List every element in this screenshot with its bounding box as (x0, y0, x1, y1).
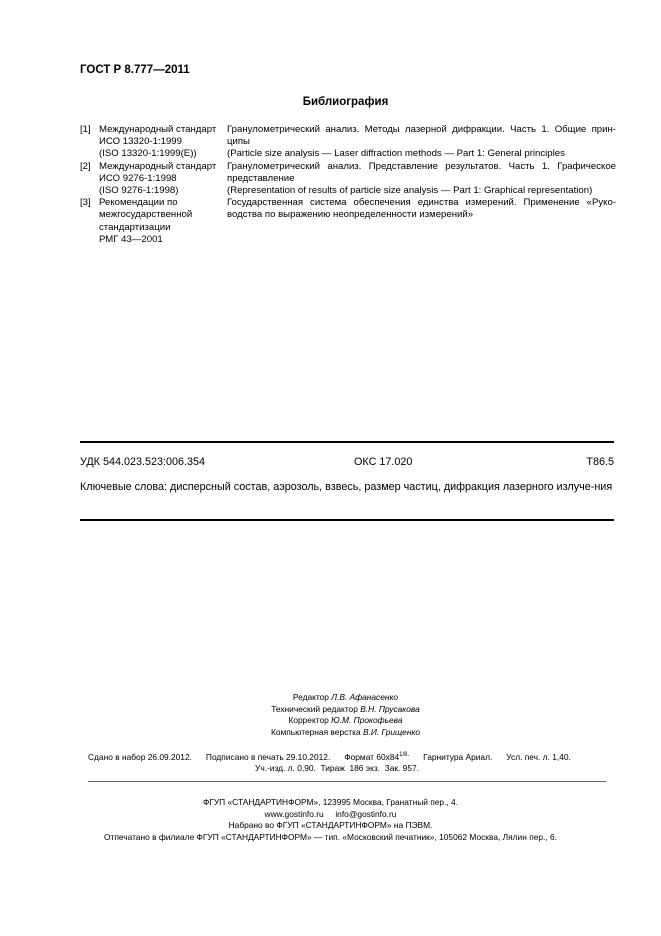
entry-reference: Международный стандарт ИСО 9276-1:1998 (… (99, 161, 227, 198)
divider (88, 781, 606, 782)
keywords: Ключевые слова: дисперсный состав, аэроз… (80, 480, 614, 494)
credits: Редактор Л.В. Афанасенко Технический ред… (0, 692, 661, 738)
entry-description: Гранулометрический анализ. Представление… (227, 161, 616, 198)
printing-info: Сдано в набор 26.09.2012. Подписано в пе… (88, 752, 571, 762)
entry-reference: Международный стандарт ИСО 13320-1:1999 … (99, 124, 227, 161)
entry-description: Государственная система обеспечения един… (227, 197, 616, 246)
email-link: info@gostinfo.ru (335, 809, 396, 819)
bibliography-title: Библиография (0, 96, 661, 108)
bibliography-entry: [3] Рекомендации по межгосударственной с… (80, 197, 616, 246)
divider (80, 441, 614, 443)
credit-editor: Редактор Л.В. Афанасенко (30, 692, 661, 704)
entry-reference: Рекомендации по межгосударственной станд… (99, 197, 227, 246)
document-code: ГОСТ Р 8.777—2011 (80, 64, 190, 76)
category-code: Т86.5 (586, 456, 614, 468)
oks-code: ОКС 17.020 (354, 456, 412, 468)
udk-code: УДК 544.023.523:006.354 (80, 456, 205, 468)
bibliography-entry: [2] Международный стандарт ИСО 9276-1:19… (80, 161, 616, 198)
bibliography-list: [1] Международный стандарт ИСО 13320-1:1… (80, 124, 616, 246)
website-link: www.gostinfo.ru (265, 809, 324, 819)
entry-number: [1] (80, 124, 99, 161)
edition-info: Уч.-изд. л. 0,90. Тираж 186 экз. Зак. 95… (255, 763, 419, 773)
entry-number: [3] (80, 197, 99, 246)
credit-proofreader: Корректор Ю.М. Прокофьева (30, 715, 661, 727)
publisher-info: ФГУП «СТАНДАРТИНФОРМ», 123995 Москва, Гр… (0, 797, 661, 843)
divider (80, 519, 614, 521)
credit-layout: Компьютерная верстка В.И. Грищенко (30, 727, 661, 739)
entry-number: [2] (80, 161, 99, 198)
credit-tech-editor: Технический редактор В.Н. Прусакова (30, 704, 661, 716)
entry-description: Гранулометрический анализ. Методы лазерн… (227, 124, 616, 161)
bibliography-entry: [1] Международный стандарт ИСО 13320-1:1… (80, 124, 616, 161)
